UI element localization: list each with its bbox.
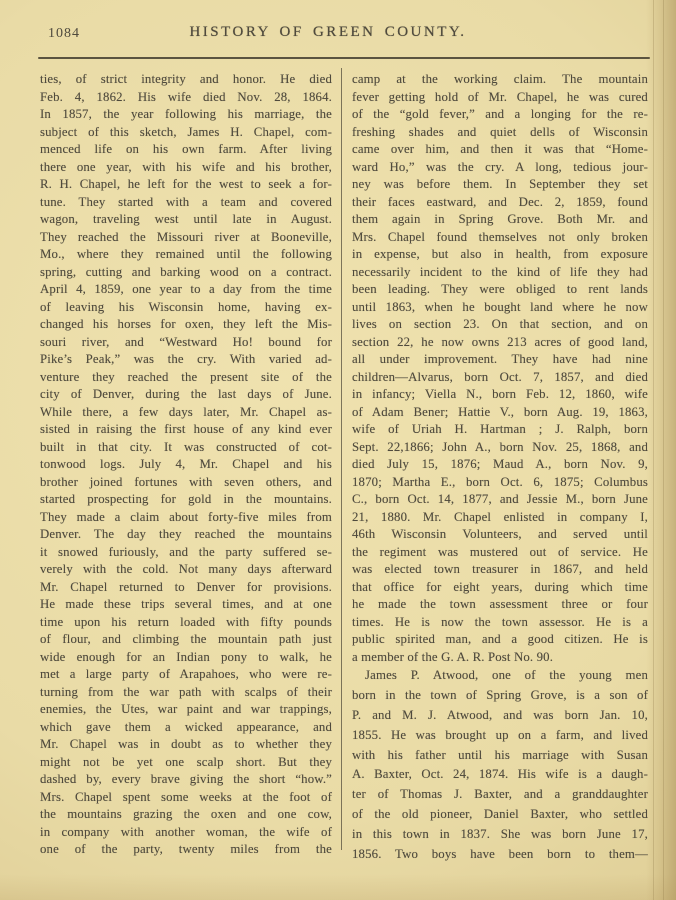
book-page: 1084 HISTORY OF GREEN COUNTY. ties, of s… bbox=[0, 0, 676, 900]
text-line: Sept. 22,1866; John A., born Nov. 25, 18… bbox=[352, 439, 648, 457]
text-line: Feb. 4, 1862. His wife died Nov. 28, 186… bbox=[40, 89, 332, 107]
text-line: been leading. They were obliged to rent … bbox=[352, 281, 648, 299]
text-line: with his father until his marriage with … bbox=[352, 746, 648, 766]
text-line: lives on section 23. On that section, an… bbox=[352, 316, 648, 334]
text-line: fever getting hold of Mr. Chapel, he was… bbox=[352, 89, 648, 107]
right-column: camp at the working claim. The mountainf… bbox=[352, 71, 648, 865]
text-line: In 1857, the year following his marriage… bbox=[40, 106, 332, 124]
text-line: in expense, but also in health, from exp… bbox=[352, 246, 648, 264]
text-line: James P. Atwood, one of the young men bbox=[352, 666, 648, 686]
text-line: R. H. Chapel, he left for the west to se… bbox=[40, 176, 332, 194]
text-line: all under improvement. They have had nin… bbox=[352, 351, 648, 369]
text-line: wagon, traveling west until late in Augu… bbox=[40, 211, 332, 229]
text-line: wife of Uriah H. Hartman ; J. Ralph, bor… bbox=[352, 421, 648, 439]
paragraph: camp at the working claim. The mountainf… bbox=[352, 71, 648, 666]
text-line: brother joined fortunes with seven other… bbox=[40, 474, 332, 492]
text-line: souri river, and “Westward Ho! bound for bbox=[40, 334, 332, 352]
text-line: public spirited man, and a good citizen.… bbox=[352, 631, 648, 649]
text-line: might not be yet one scalp short. But th… bbox=[40, 754, 332, 772]
text-line: Mr. Chapel returned to Denver for provis… bbox=[40, 579, 332, 597]
text-line: died July 15, 1876; Maud A., born Nov. 9… bbox=[352, 456, 648, 474]
text-line: of Adam Bener; Hattie V., born Aug. 19, … bbox=[352, 404, 648, 422]
text-line: there one year, with his wife and his br… bbox=[40, 159, 332, 177]
text-line: They made a claim about forty-five miles… bbox=[40, 509, 332, 527]
page-title: HISTORY OF GREEN COUNTY. bbox=[0, 24, 656, 41]
text-line: menced life on his own farm. After livin… bbox=[40, 141, 332, 159]
text-line: camp at the working claim. The mountain bbox=[352, 71, 648, 89]
text-line: 21, 1880. Mr. Chapel enlisted in company… bbox=[352, 509, 648, 527]
text-line: the regiment was mustered out of service… bbox=[352, 544, 648, 562]
page-edge-shadow bbox=[646, 0, 676, 900]
text-line: turning from the war path with scalps of… bbox=[40, 684, 332, 702]
text-line: in this town in 1837. She was born June … bbox=[352, 825, 648, 845]
text-line: P. and M. J. Atwood, and was born Jan. 1… bbox=[352, 706, 648, 726]
text-line: While there, a few days later, Mr. Chape… bbox=[40, 404, 332, 422]
text-line: tune. They started with a team and cover… bbox=[40, 194, 332, 212]
text-line: He made these trips several times, and a… bbox=[40, 596, 332, 614]
text-line: freshing shades and quiet dells of Wisco… bbox=[352, 124, 648, 142]
text-line: it snowed furiously, and the party suffe… bbox=[40, 544, 332, 562]
text-line: times. He is now the town assessor. He i… bbox=[352, 614, 648, 632]
page-bottom-shadow bbox=[0, 874, 676, 900]
text-line: in infancy; Viella N., born Feb. 12, 186… bbox=[352, 386, 648, 404]
text-line: ward Ho,” was the cry. A long, tedious j… bbox=[352, 159, 648, 177]
text-line: They reached the Missouri river at Boone… bbox=[40, 229, 332, 247]
text-line: Mr. Chapel was in doubt as to whether th… bbox=[40, 736, 332, 754]
text-line: changed his horses for oxen, they left t… bbox=[40, 316, 332, 334]
text-line: which gave them a wicked appearance, and bbox=[40, 719, 332, 737]
text-line: of the old pioneer, Daniel Baxter, who s… bbox=[352, 805, 648, 825]
text-line: one of the party, twenty miles from the bbox=[40, 841, 332, 859]
text-line: in company with another woman, the wife … bbox=[40, 824, 332, 842]
text-line: was elected town treasurer in 1867, and … bbox=[352, 561, 648, 579]
text-line: section 22, he now owns 213 acres of goo… bbox=[352, 334, 648, 352]
text-line: Mrs. Chapel found themselves not only br… bbox=[352, 229, 648, 247]
text-line: necessarily incident to the kind of life… bbox=[352, 264, 648, 282]
text-line: time upon his return loaded with fifty p… bbox=[40, 614, 332, 632]
page-edge-streak bbox=[653, 0, 654, 900]
text-line: enemies, the Utes, war paint and war tra… bbox=[40, 701, 332, 719]
text-line: of flour, and climbing the mountain path… bbox=[40, 631, 332, 649]
text-line: children—Alvarus, born Oct. 7, 1857, and… bbox=[352, 369, 648, 387]
text-line: a member of the G. A. R. Post No. 90. bbox=[352, 649, 648, 667]
text-line: them again in Spring Grove. Both Mr. and bbox=[352, 211, 648, 229]
text-line: Denver. The day they reached the mountai… bbox=[40, 526, 332, 544]
text-line: ney was before them. In September they s… bbox=[352, 176, 648, 194]
text-line: verely with the cold. Not many days afte… bbox=[40, 561, 332, 579]
paragraph: James P. Atwood, one of the young menbor… bbox=[352, 666, 648, 865]
text-line: he made the town assessment three or fou… bbox=[352, 596, 648, 614]
text-line: city of Denver, during the last days of … bbox=[40, 386, 332, 404]
text-line: 46th Wisconsin Volunteers, and served un… bbox=[352, 526, 648, 544]
text-line: tonwood logs. July 4, Mr. Chapel and his bbox=[40, 456, 332, 474]
text-line: subject of this sketch, James H. Chapel,… bbox=[40, 124, 332, 142]
text-line: C., born Oct. 14, 1877, and Jessie M., b… bbox=[352, 491, 648, 509]
text-line: 1856. Two boys have been born to them— bbox=[352, 845, 648, 865]
text-line: 1870; Martha E., born Oct. 6, 1875; Colu… bbox=[352, 474, 648, 492]
text-line: wide enough for an Indian pony to walk, … bbox=[40, 649, 332, 667]
left-column: ties, of strict integrity and honor. He … bbox=[40, 71, 332, 859]
page-edge-streak bbox=[663, 0, 664, 900]
text-line: of the “gold fever,” and a longing for t… bbox=[352, 106, 648, 124]
text-line: dashed by, every brave giving the short … bbox=[40, 771, 332, 789]
column-divider bbox=[341, 68, 342, 850]
text-line: ter of Thomas J. Baxter, and a granddaug… bbox=[352, 785, 648, 805]
text-line: that office for eight years, during whic… bbox=[352, 579, 648, 597]
text-line: Mo., where they remained until the follo… bbox=[40, 246, 332, 264]
text-line: their faces eastward, and Dec. 2, 1859, … bbox=[352, 194, 648, 212]
text-line: venture they reached the present site of… bbox=[40, 369, 332, 387]
text-line: came over him, and then it was that “Hom… bbox=[352, 141, 648, 159]
text-line: met a large party of Arapahoes, who were… bbox=[40, 666, 332, 684]
text-line: 1855. He was brought up on a farm, and l… bbox=[352, 726, 648, 746]
text-line: started prospecting for gold in the moun… bbox=[40, 491, 332, 509]
text-line: the mountains grazing the oxen and one c… bbox=[40, 806, 332, 824]
text-line: built in that city. It was constructed o… bbox=[40, 439, 332, 457]
text-line: born in the town of Spring Grove, is a s… bbox=[352, 686, 648, 706]
text-line: Mrs. Chapel spent some weeks at the foot… bbox=[40, 789, 332, 807]
text-line: of leaving his Wisconsin home, having ex… bbox=[40, 299, 332, 317]
text-line: Pike’s Peak,” was the cry. With varied a… bbox=[40, 351, 332, 369]
text-line: ties, of strict integrity and honor. He … bbox=[40, 71, 332, 89]
text-line: until 1863, when he bought land where he… bbox=[352, 299, 648, 317]
text-line: A. Baxter, Oct. 24, 1874. His wife is a … bbox=[352, 765, 648, 785]
text-line: sisted in raising the first house of any… bbox=[40, 421, 332, 439]
text-line: spring, cutting and barking wood on a co… bbox=[40, 264, 332, 282]
paragraph: ties, of strict integrity and honor. He … bbox=[40, 71, 332, 859]
text-line: April 4, 1859, one year to a day from th… bbox=[40, 281, 332, 299]
header-rule bbox=[38, 57, 650, 59]
